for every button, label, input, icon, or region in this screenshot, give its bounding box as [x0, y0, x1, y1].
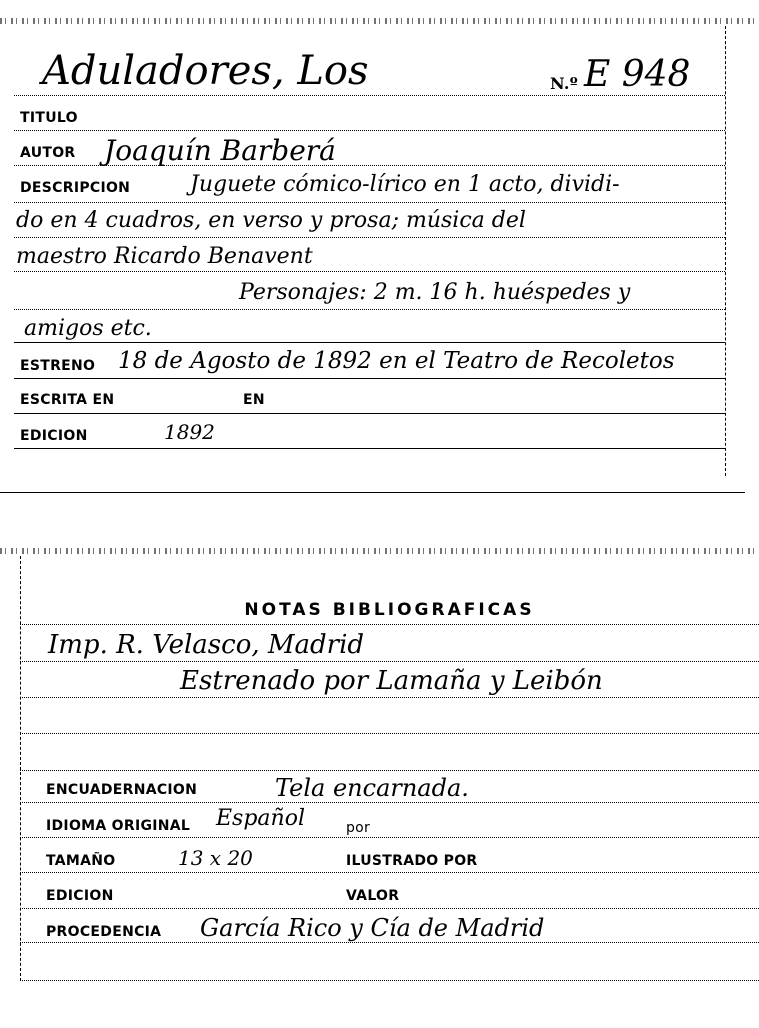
edicion-label: EDICION: [20, 428, 88, 444]
rule: [20, 980, 759, 981]
rule: [14, 309, 725, 310]
rule: [14, 202, 725, 203]
escrita-en-label: ESCRITA EN: [20, 392, 114, 408]
number-value: E 948: [584, 54, 690, 95]
descripcion-line-4: Personajes: 2 m. 16 h. huéspedes y: [239, 280, 630, 305]
card-front-right-edge: [725, 26, 726, 476]
encuadernacion-value: Tela encarnada.: [275, 774, 469, 802]
rule: [14, 342, 725, 343]
number-label: N.º: [550, 74, 578, 93]
procedencia-value: García Rico y Cía de Madrid: [200, 914, 544, 942]
tamano-value: 13 x 20: [178, 846, 253, 870]
rule: [14, 413, 725, 414]
idioma-original-value: Español: [216, 806, 305, 831]
rule: [20, 872, 759, 873]
rule: [14, 130, 725, 131]
rule: [20, 624, 759, 625]
estreno-label: ESTRENO: [20, 358, 95, 374]
autor-value: Joaquín Barberá: [104, 134, 336, 167]
rule: [14, 271, 725, 272]
rule: [20, 733, 759, 734]
autor-label: AUTOR: [20, 145, 76, 161]
por-label: por: [346, 820, 370, 836]
note-line-2: Estrenado por Lamaña y Leibón: [180, 666, 603, 696]
note-line-1: Imp. R. Velasco, Madrid: [48, 630, 364, 660]
rule: [20, 837, 759, 838]
en-label: EN: [243, 392, 265, 408]
procedencia-label: PROCEDENCIA: [46, 924, 161, 940]
descripcion-label: DESCRIPCION: [20, 180, 130, 196]
valor-label: VALOR: [346, 888, 399, 904]
ilustrado-por-label: ILUSTRADO POR: [346, 853, 478, 869]
edicion-value: 1892: [164, 420, 215, 444]
tamano-label: TAMAÑO: [46, 853, 115, 869]
descripcion-line-3: maestro Ricardo Benavent: [16, 244, 313, 269]
card-front: Aduladores, Los N.º E 948 TITULO AUTOR J…: [14, 0, 725, 500]
rule: [20, 697, 759, 698]
rule: [20, 661, 759, 662]
titulo-label: TITULO: [20, 110, 78, 126]
rule: [20, 908, 759, 909]
rule: [14, 95, 725, 96]
card-front-bottom-edge: [0, 492, 745, 493]
idioma-original-label: IDIOMA ORIGINAL: [46, 818, 190, 834]
rule: [14, 378, 725, 379]
descripcion-line-2: do en 4 cuadros, en verso y prosa; músic…: [16, 208, 526, 233]
rule: [14, 448, 725, 449]
edicion-label: EDICION: [46, 888, 114, 904]
notas-bibliograficas-heading: NOTAS BIBLIOGRAFICAS: [20, 600, 759, 620]
rule: [20, 770, 759, 771]
rule: [14, 165, 725, 166]
descripcion-line-5: amigos etc.: [24, 316, 152, 341]
encuadernacion-label: ENCUADERNACION: [46, 782, 197, 798]
estreno-value: 18 de Agosto de 1892 en el Teatro de Rec…: [118, 348, 675, 374]
rule: [14, 237, 725, 238]
descripcion-line-1: Juguete cómico-lírico en 1 acto, dividi-: [190, 172, 620, 197]
rule: [20, 802, 759, 803]
card-back: NOTAS BIBLIOGRAFICAS Imp. R. Velasco, Ma…: [20, 530, 759, 990]
title-handwritten: Aduladores, Los: [42, 48, 369, 94]
rule: [20, 942, 759, 943]
